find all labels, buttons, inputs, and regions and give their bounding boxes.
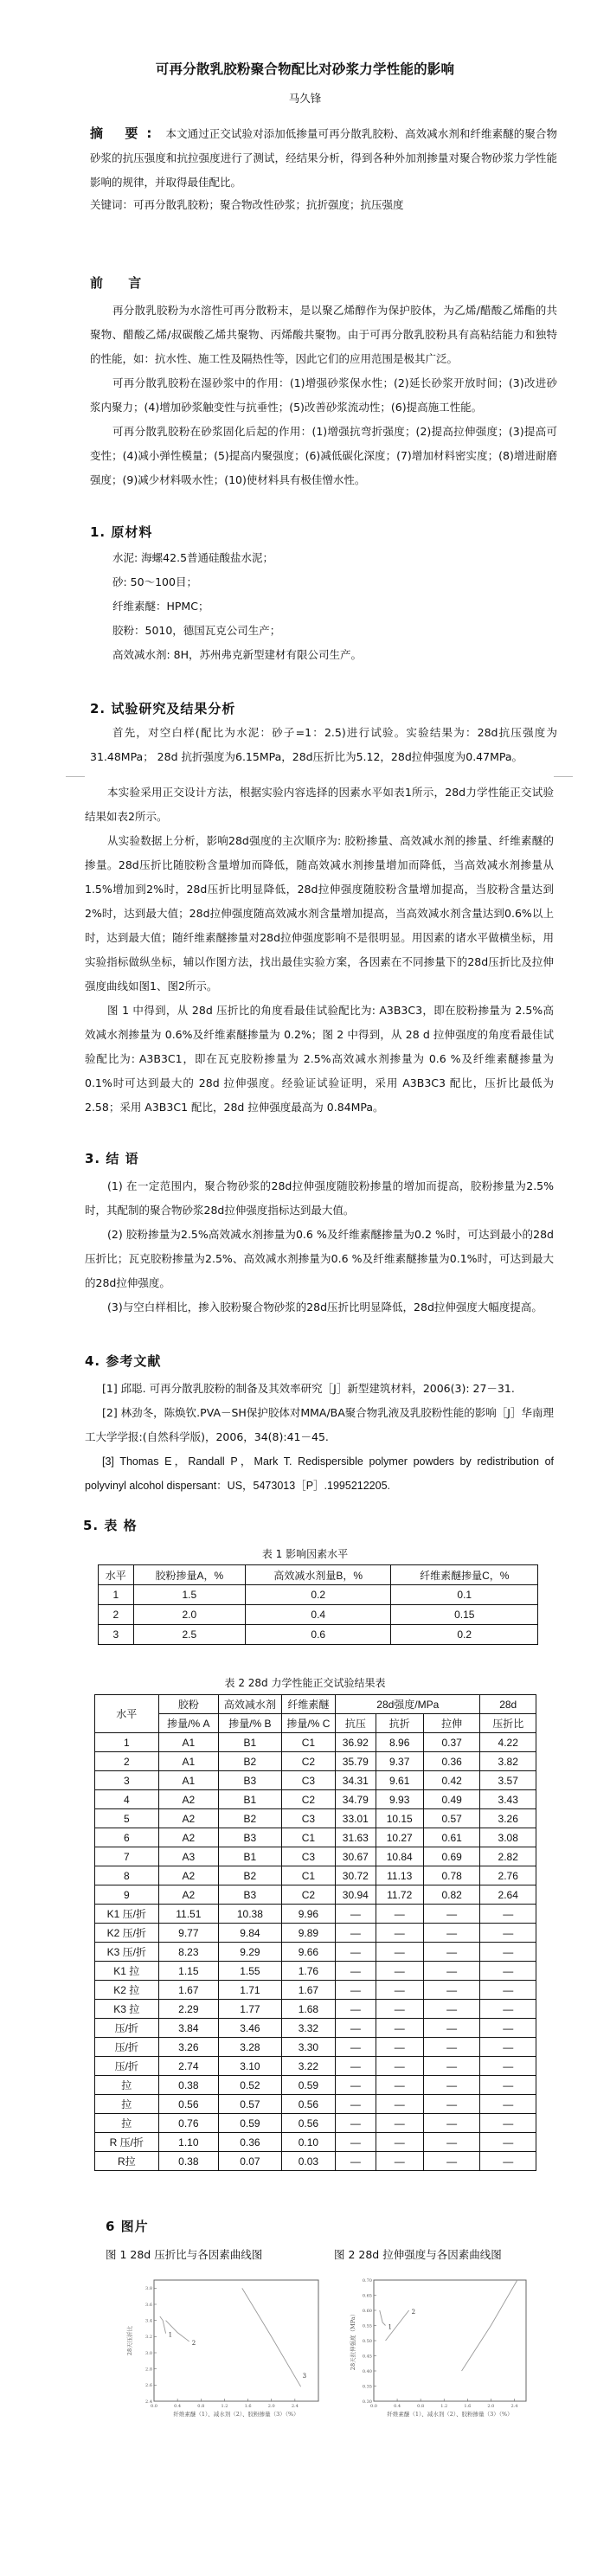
- table-cell: B3: [219, 1828, 282, 1847]
- table-header-cell: 28d: [480, 1695, 536, 1714]
- figure1-chart: 2.42.62.83.03.23.43.63.8 0.00.40.81.21.6…: [104, 2276, 320, 2425]
- section-heading: 6 图片: [106, 2217, 573, 2235]
- table-cell: —: [376, 1924, 423, 1943]
- table-cell: A1: [158, 1752, 219, 1771]
- table-cell: 0.69: [423, 1847, 480, 1866]
- table-cell: —: [480, 2133, 536, 2152]
- table-cell: 拉: [95, 2076, 159, 2095]
- conclusion-paragraph: (1) 在一定范围内，聚合物砂浆的28d拉伸强度随胶粉掺量的增加而提高，胶粉掺量…: [85, 1174, 554, 1223]
- table2-caption: 表 2 28d 力学性能正交试验结果表: [0, 1675, 610, 1690]
- y-tick-label: 0.35: [363, 2384, 372, 2389]
- table-cell: 10.84: [376, 1847, 423, 1866]
- table-cell: —: [336, 2000, 376, 2019]
- table-cell: 10.27: [376, 1828, 423, 1847]
- table-cell: 0.1: [391, 1585, 538, 1605]
- author-name: 马久锋: [0, 90, 610, 106]
- table-cell: 3: [95, 1771, 159, 1790]
- table-cell: K1 拉: [95, 1962, 159, 1981]
- table-header-cell: 高效减水剂: [219, 1695, 282, 1714]
- table-cell: 9.37: [376, 1752, 423, 1771]
- section-tables: 5. 表 格: [83, 1516, 550, 1534]
- table-cell: 1.67: [281, 1981, 335, 2000]
- series-line-1: [380, 2310, 386, 2326]
- material-item: 纤维素醚：HPMC；: [90, 594, 557, 619]
- preface-paragraph: 可再分散乳胶粉在湿砂浆中的作用：(1)增强砂浆保水性；(2)延长砂浆开放时间；(…: [90, 371, 557, 420]
- figure2-xlabel: 纤维素醚（1）、减水剂（2）、胶粉掺量（3）（%）: [387, 2410, 512, 2418]
- document-page: 可再分散乳胶粉聚合物配比对砂浆力学性能的影响 马久锋 摘 要:本文通过正交试验对…: [0, 0, 610, 2576]
- table-cell: C3: [281, 1771, 335, 1790]
- table-cell: 0.82: [423, 1885, 480, 1905]
- table-cell: —: [336, 2057, 376, 2076]
- table-row: 压/折2.743.103.22————: [95, 2057, 536, 2076]
- table-cell: —: [480, 1981, 536, 2000]
- y-tick-label: 0.60: [363, 2309, 372, 2314]
- table-cell: 3.57: [480, 1771, 536, 1790]
- table-cell: A2: [158, 1885, 219, 1905]
- table-cell: 3: [99, 1625, 134, 1645]
- table-cell: —: [423, 2038, 480, 2057]
- table-cell: 34.31: [336, 1771, 376, 1790]
- table-cell: 0.36: [219, 2133, 282, 2152]
- figure2-ylabel: 28天拉伸强度（MPa）: [349, 2311, 356, 2370]
- table-cell: 0.37: [423, 1733, 480, 1752]
- table-cell: —: [376, 2000, 423, 2019]
- table-cell: 9.89: [281, 1924, 335, 1943]
- table-cell: 9.66: [281, 1943, 335, 1962]
- table-cell: —: [423, 2114, 480, 2133]
- table-cell: 2: [95, 1752, 159, 1771]
- table-cell: 0.52: [219, 2076, 282, 2095]
- table-cell: —: [376, 2076, 423, 2095]
- table-cell: —: [336, 2095, 376, 2114]
- table-cell: 1.55: [219, 1962, 282, 1981]
- table-cell: 3.82: [480, 1752, 536, 1771]
- table-cell: K1 压/折: [95, 1905, 159, 1924]
- table-cell: 1.10: [158, 2133, 219, 2152]
- table-header-cell: 拉伸: [423, 1714, 480, 1733]
- table-cell: K3 压/折: [95, 1943, 159, 1962]
- abstract-section: 摘 要:本文通过正交试验对添加低掺量可再分散乳胶粉、高效减水剂和纤维素醚的聚合物…: [90, 121, 557, 217]
- section-conclusion: 3. 结 语 (1) 在一定范围内，聚合物砂浆的28d拉伸强度随胶粉掺量的增加而…: [85, 1149, 554, 1320]
- table-cell: —: [336, 2076, 376, 2095]
- table-cell: —: [423, 2095, 480, 2114]
- table-cell: 2.5: [133, 1625, 245, 1645]
- table-row: 5A2B2C333.0110.150.573.26: [95, 1809, 536, 1828]
- table-cell: 1.71: [219, 1981, 282, 2000]
- table-cell: 0.42: [423, 1771, 480, 1790]
- table-cell: 34.79: [336, 1790, 376, 1809]
- table-row: 6A2B3C131.6310.270.613.08: [95, 1828, 536, 1847]
- table-cell: 11.13: [376, 1866, 423, 1885]
- table-cell: 1.68: [281, 2000, 335, 2019]
- table-cell: —: [480, 1943, 536, 1962]
- table-row: 4A2B1C234.799.930.493.43: [95, 1790, 536, 1809]
- table-row: 7A3B1C330.6710.840.692.82: [95, 1847, 536, 1866]
- series-label: 1: [388, 2324, 392, 2331]
- table-row: K1 压/折11.5110.389.96————: [95, 1905, 536, 1924]
- table-cell: —: [376, 2019, 423, 2038]
- table-cell: 拉: [95, 2095, 159, 2114]
- table-cell: A2: [158, 1866, 219, 1885]
- table-cell: B1: [219, 1790, 282, 1809]
- table-cell: 0.36: [423, 1752, 480, 1771]
- series-label: 1: [169, 2332, 172, 2339]
- table-cell: —: [480, 1924, 536, 1943]
- series-label: 3: [303, 2373, 306, 2380]
- material-item: 胶粉：5010，德国瓦克公司生产；: [90, 619, 557, 643]
- table-cell: —: [336, 1981, 376, 2000]
- table-cell: 9.93: [376, 1790, 423, 1809]
- table-cell: 0.6: [246, 1625, 391, 1645]
- abstract-label: 摘 要:: [90, 125, 160, 141]
- preface-heading: 前 言: [90, 273, 557, 292]
- table-cell: 30.94: [336, 1885, 376, 1905]
- table-cell: 33.01: [336, 1809, 376, 1828]
- section-materials: 1. 原材料 水泥: 海螺42.5普通硅酸盐水泥； 砂: 50～100目； 纤维…: [90, 523, 557, 667]
- x-tick-label: 2.4: [292, 2404, 299, 2409]
- x-tick-label: 2.0: [487, 2404, 494, 2409]
- table-cell: —: [423, 2076, 480, 2095]
- table-row: R 压/折1.100.360.10————: [95, 2133, 536, 2152]
- table-cell: —: [423, 1905, 480, 1924]
- table-cell: B2: [219, 1752, 282, 1771]
- table-row: 压/折3.263.283.30————: [95, 2038, 536, 2057]
- y-tick-label: 3.2: [145, 2335, 152, 2340]
- section-heading: 3. 结 语: [85, 1149, 554, 1167]
- table-header-cell: 掺量/% C: [281, 1714, 335, 1733]
- table-cell: 10.15: [376, 1809, 423, 1828]
- table-cell: 8.96: [376, 1733, 423, 1752]
- section-heading: 5. 表 格: [83, 1516, 550, 1534]
- table-header-cell: 高效减水剂量B，%: [246, 1565, 391, 1585]
- preface-section: 前 言 再分散乳胶粉为水溶性可再分散粉末，是以聚乙烯醇作为保护胶体，为乙烯/醋酸…: [90, 273, 557, 492]
- table-cell: 8: [95, 1866, 159, 1885]
- series-label: 2: [192, 2340, 196, 2347]
- section-references: 4. 参考文献 [1] 邱聪. 可再分散乳胶粉的制备及其效率研究［J］新型建筑材…: [85, 1352, 554, 1498]
- reference-item: [2] 林劲冬，陈焕钦.PVA－SH保护胶体对MMA/BA聚合物乳液及乳胶粉性能…: [85, 1401, 554, 1449]
- table-cell: —: [480, 1905, 536, 1924]
- table-cell: 11.72: [376, 1885, 423, 1905]
- table-cell: 3.43: [480, 1790, 536, 1809]
- table-cell: —: [423, 2133, 480, 2152]
- table-cell: 2.74: [158, 2057, 219, 2076]
- table-row: 2 2.0 0.4 0.15: [99, 1605, 538, 1625]
- table-cell: 9.29: [219, 1943, 282, 1962]
- table-header-cell: 纤维素醚: [281, 1695, 335, 1714]
- x-tick-label: 2.0: [268, 2404, 275, 2409]
- table-cell: —: [480, 2152, 536, 2171]
- table-cell: 1.77: [219, 2000, 282, 2019]
- table-row: 1A1B1C136.928.960.374.22: [95, 1733, 536, 1752]
- table-cell: A1: [158, 1733, 219, 1752]
- table-cell: 压/折: [95, 2038, 159, 2057]
- reference-item: [1] 邱聪. 可再分散乳胶粉的制备及其效率研究［J］新型建筑材料，2006(3…: [85, 1377, 554, 1401]
- y-tick-label: 0.40: [363, 2369, 372, 2374]
- table-cell: 0.56: [281, 2114, 335, 2133]
- table-cell: 0.4: [246, 1605, 391, 1625]
- table-cell: K3 拉: [95, 2000, 159, 2019]
- table-cell: 0.49: [423, 1790, 480, 1809]
- table-cell: B3: [219, 1771, 282, 1790]
- table-cell: —: [423, 1981, 480, 2000]
- table-header-row: 掺量/% A 掺量/% B 掺量/% C 抗压 抗折 拉伸 压折比: [95, 1714, 536, 1733]
- table-header-cell: 水平: [95, 1695, 159, 1733]
- table-header-cell: 掺量/% A: [158, 1714, 219, 1733]
- series-line-3: [462, 2280, 517, 2371]
- table-cell: —: [480, 2114, 536, 2133]
- table-cell: 0.56: [281, 2095, 335, 2114]
- table-cell: —: [336, 1905, 376, 1924]
- page-break-mark-right: [554, 776, 573, 777]
- table-cell: 7: [95, 1847, 159, 1866]
- table-row: 3 2.5 0.6 0.2: [99, 1625, 538, 1645]
- table-cell: —: [423, 2152, 480, 2171]
- table-cell: 9.84: [219, 1924, 282, 1943]
- table-cell: 1.67: [158, 1981, 219, 2000]
- table-cell: 1.5: [133, 1585, 245, 1605]
- table-cell: —: [423, 2019, 480, 2038]
- factor-levels-table: 水平 胶粉掺量A，% 高效减水剂量B，% 纤维素醚掺量C，% 1 1.5 0.2…: [98, 1564, 538, 1645]
- table-header-cell: 胶粉: [158, 1695, 219, 1714]
- x-tick-label: 0.8: [197, 2404, 204, 2409]
- material-item: 砂: 50～100目；: [90, 570, 557, 594]
- table-row: 8A2B2C130.7211.130.782.76: [95, 1866, 536, 1885]
- table-cell: C1: [281, 1733, 335, 1752]
- figure1-ylabel: 28天压折比: [125, 2325, 133, 2355]
- table-cell: 3.28: [219, 2038, 282, 2057]
- section-heading: 2. 试验研究及结果分析: [90, 699, 557, 717]
- x-tick-label: 0.0: [370, 2404, 377, 2409]
- table-row: K2 压/折9.779.849.89————: [95, 1924, 536, 1943]
- y-tick-label: 3.4: [145, 2318, 152, 2323]
- table-cell: 4.22: [480, 1733, 536, 1752]
- x-tick-label: 1.2: [440, 2404, 447, 2409]
- paper-title: 可再分散乳胶粉聚合物配比对砂浆力学性能的影响: [0, 59, 610, 78]
- section-figures: 6 图片: [106, 2217, 573, 2235]
- table-row: K2 拉1.671.711.67————: [95, 1981, 536, 2000]
- table-cell: —: [423, 1943, 480, 1962]
- table-cell: —: [376, 1943, 423, 1962]
- experiment-paragraph: 从实验数据上分析，影响28d强度的主次顺序为: 胶粉掺量、高效减水剂的掺量、纤维…: [85, 829, 554, 999]
- table-cell: 9: [95, 1885, 159, 1905]
- table-cell: 31.63: [336, 1828, 376, 1847]
- series-label: 2: [412, 2309, 415, 2316]
- table-header-cell: 抗压: [336, 1714, 376, 1733]
- table-cell: 0.38: [158, 2076, 219, 2095]
- table-cell: 9.77: [158, 1924, 219, 1943]
- x-tick-label: 1.6: [464, 2404, 471, 2409]
- table-cell: 0.38: [158, 2152, 219, 2171]
- table-cell: 0.2: [391, 1625, 538, 1645]
- table-cell: 3.46: [219, 2019, 282, 2038]
- table-cell: 0.59: [219, 2114, 282, 2133]
- y-tick-label: 0.50: [363, 2339, 372, 2344]
- conclusion-paragraph: (3)与空白样相比，掺入胶粉聚合物砂浆的28d压折比明显降低，28d拉伸强度大幅…: [85, 1295, 554, 1320]
- table-header-cell: 水平: [99, 1565, 134, 1585]
- table-header-cell: 28d强度/MPa: [336, 1695, 480, 1714]
- table-cell: —: [336, 2038, 376, 2057]
- table-cell: —: [336, 2019, 376, 2038]
- table-cell: 拉: [95, 2114, 159, 2133]
- table-cell: 1: [95, 1733, 159, 1752]
- abstract-text: 本文通过正交试验对添加低掺量可再分散乳胶粉、高效减水剂和纤维素醚的聚合物砂浆的抗…: [90, 127, 557, 189]
- table-cell: A1: [158, 1771, 219, 1790]
- table-cell: 2.82: [480, 1847, 536, 1866]
- table-cell: 2.0: [133, 1605, 245, 1625]
- y-tick-label: 2.6: [145, 2383, 152, 2388]
- table-cell: C3: [281, 1847, 335, 1866]
- table-cell: R 压/折: [95, 2133, 159, 2152]
- table-cell: 2.76: [480, 1866, 536, 1885]
- table-cell: C1: [281, 1828, 335, 1847]
- table-cell: B3: [219, 1885, 282, 1905]
- table-cell: —: [376, 2095, 423, 2114]
- figure1-svg: 2.42.62.83.03.23.43.63.8 0.00.40.81.21.6…: [104, 2276, 320, 2423]
- table-cell: 2: [99, 1605, 134, 1625]
- x-tick-label: 1.2: [221, 2404, 228, 2409]
- table-cell: 9.96: [281, 1905, 335, 1924]
- table-cell: —: [480, 2038, 536, 2057]
- table-cell: 0.15: [391, 1605, 538, 1625]
- table-cell: C3: [281, 1809, 335, 1828]
- table-cell: 10.38: [219, 1905, 282, 1924]
- table-cell: 4: [95, 1790, 159, 1809]
- table-cell: 压/折: [95, 2057, 159, 2076]
- table1-caption: 表 1 影响因素水平: [0, 1546, 610, 1561]
- table-cell: K2 压/折: [95, 1924, 159, 1943]
- table-cell: C1: [281, 1866, 335, 1885]
- table-cell: 30.72: [336, 1866, 376, 1885]
- table-cell: 5: [95, 1809, 159, 1828]
- y-tick-label: 3.6: [145, 2303, 152, 2308]
- table-row: R拉0.380.070.03————: [95, 2152, 536, 2171]
- table-cell: 3.30: [281, 2038, 335, 2057]
- table-cell: 0.57: [219, 2095, 282, 2114]
- table-cell: —: [376, 2152, 423, 2171]
- table-cell: 6: [95, 1828, 159, 1847]
- figure2-chart: 0.300.350.400.450.500.550.600.650.70 0.0…: [346, 2276, 545, 2425]
- table-cell: —: [376, 1962, 423, 1981]
- table-cell: B2: [219, 1866, 282, 1885]
- table-cell: 0.78: [423, 1866, 480, 1885]
- figure1-title: 图 1 28d 压折比与各因素曲线图: [106, 2246, 262, 2262]
- experiment-paragraph: 本实验采用正交设计方法，根据实验内容选择的因素水平如表1所示，28d力学性能正交…: [85, 781, 554, 829]
- table-cell: —: [480, 2057, 536, 2076]
- table-cell: A2: [158, 1790, 219, 1809]
- table-header-cell: 抗折: [376, 1714, 423, 1733]
- table-cell: —: [376, 2114, 423, 2133]
- table-cell: —: [376, 1905, 423, 1924]
- orthogonal-results-table: 水平 胶粉 高效减水剂 纤维素醚 28d强度/MPa 28d 掺量/% A 掺量…: [94, 1694, 536, 2171]
- table-cell: —: [480, 1962, 536, 1981]
- section-experiment-cont: 本实验采用正交设计方法，根据实验内容选择的因素水平如表1所示，28d力学性能正交…: [85, 781, 554, 1120]
- table-row: 1 1.5 0.2 0.1: [99, 1585, 538, 1605]
- table-row: 拉0.560.570.56————: [95, 2095, 536, 2114]
- x-tick-label: 0.8: [417, 2404, 424, 2409]
- table-row: 9A2B3C230.9411.720.822.64: [95, 1885, 536, 1905]
- table-cell: —: [423, 1924, 480, 1943]
- table-cell: —: [336, 1943, 376, 1962]
- table-row: 3A1B3C334.319.610.423.57: [95, 1771, 536, 1790]
- conclusion-paragraph: (2) 胶粉掺量为2.5%高效减水剂掺量为0.6 %及纤维素醚掺量为0.2 %时…: [85, 1223, 554, 1295]
- series-line-1: [160, 2316, 166, 2334]
- table-row: 拉0.760.590.56————: [95, 2114, 536, 2133]
- table-cell: 0.03: [281, 2152, 335, 2171]
- section-heading: 4. 参考文献: [85, 1352, 554, 1370]
- table-cell: —: [376, 2057, 423, 2076]
- table-cell: K2 拉: [95, 1981, 159, 2000]
- y-tick-label: 3.0: [145, 2351, 152, 2356]
- y-tick-label: 3.8: [145, 2286, 152, 2291]
- table-cell: 3.26: [158, 2038, 219, 2057]
- y-tick-label: 0.65: [363, 2293, 372, 2298]
- table-cell: —: [423, 1962, 480, 1981]
- table-row: K1 拉1.151.551.76————: [95, 1962, 536, 1981]
- table-row: K3 压/折8.239.299.66————: [95, 1943, 536, 1962]
- keywords: 关键词：可再分散乳胶粉；聚合物改性砂浆；抗折强度；抗压强度: [90, 193, 557, 217]
- reference-item: [3] Thomas E，Randall P，Mark T. Redispers…: [85, 1449, 554, 1498]
- table-cell: —: [480, 2095, 536, 2114]
- table-cell: 压/折: [95, 2019, 159, 2038]
- y-tick-label: 0.70: [363, 2278, 372, 2284]
- table-cell: 3.22: [281, 2057, 335, 2076]
- table-cell: 0.57: [423, 1809, 480, 1828]
- table-cell: —: [336, 2133, 376, 2152]
- table-header-cell: 掺量/% B: [219, 1714, 282, 1733]
- table-cell: —: [480, 2019, 536, 2038]
- table-cell: 3.84: [158, 2019, 219, 2038]
- table-cell: 0.76: [158, 2114, 219, 2133]
- table-cell: B2: [219, 1809, 282, 1828]
- table-cell: 3.26: [480, 1809, 536, 1828]
- material-item: 水泥: 海螺42.5普通硅酸盐水泥；: [90, 546, 557, 570]
- table-cell: 3.32: [281, 2019, 335, 2038]
- table-cell: —: [376, 2038, 423, 2057]
- y-tick-label: 2.8: [145, 2367, 152, 2372]
- table-cell: 2.64: [480, 1885, 536, 1905]
- figure2-svg: 0.300.350.400.450.500.550.600.650.70 0.0…: [346, 2276, 545, 2423]
- table-cell: 0.10: [281, 2133, 335, 2152]
- table-cell: 8.23: [158, 1943, 219, 1962]
- table-header-cell: 压折比: [480, 1714, 536, 1733]
- table-cell: A3: [158, 1847, 219, 1866]
- table-header-cell: 胶粉掺量A，%: [133, 1565, 245, 1585]
- table-row: 压/折3.843.463.32————: [95, 2019, 536, 2038]
- table-row: 2A1B2C235.799.370.363.82: [95, 1752, 536, 1771]
- table-cell: B1: [219, 1847, 282, 1866]
- table-header-row: 水平 胶粉掺量A，% 高效减水剂量B，% 纤维素醚掺量C，%: [99, 1565, 538, 1585]
- table-cell: 1: [99, 1585, 134, 1605]
- table-cell: —: [423, 2000, 480, 2019]
- experiment-paragraph: 图 1 中得到，从 28d 压折比的角度看最佳试验配比为: A3B3C3，即在胶…: [85, 999, 554, 1120]
- table-cell: 1.76: [281, 1962, 335, 1981]
- material-item: 高效减水剂: 8H，苏州弗克新型建材有限公司生产。: [90, 643, 557, 667]
- table-cell: 0.56: [158, 2095, 219, 2114]
- table-cell: —: [336, 1962, 376, 1981]
- y-tick-label: 0.45: [363, 2354, 372, 2359]
- table-cell: 0.59: [281, 2076, 335, 2095]
- table-cell: 0.2: [246, 1585, 391, 1605]
- figure2-title: 图 2 28d 拉伸强度与各因素曲线图: [334, 2246, 502, 2262]
- table-cell: C2: [281, 1790, 335, 1809]
- table-cell: —: [376, 2133, 423, 2152]
- x-tick-label: 0.0: [151, 2404, 157, 2409]
- figure1-xlabel: 纤维素醚（1）、减水剂（2）、胶粉掺量（3）（%）: [173, 2410, 299, 2418]
- table-cell: 0.61: [423, 1828, 480, 1847]
- table-header-cell: 纤维素醚掺量C，%: [391, 1565, 538, 1585]
- table-cell: 35.79: [336, 1752, 376, 1771]
- y-tick-label: 0.55: [363, 2323, 372, 2329]
